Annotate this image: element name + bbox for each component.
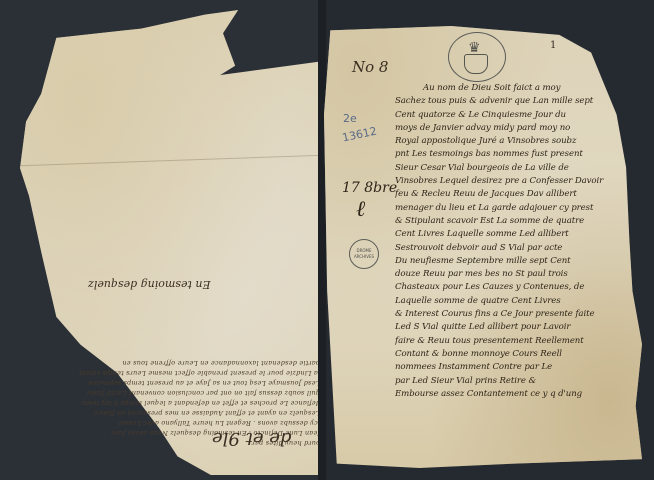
text-line: Cent Livres Laquelle somme Led allibert — [395, 228, 640, 241]
text-line: Cent quatorze & Le Cinquiesme Jour du — [395, 109, 640, 122]
coat-of-arms-icon — [464, 54, 488, 74]
notary-flourish-icon: ℓ — [356, 196, 365, 222]
book-binding-gutter — [318, 0, 326, 480]
text-line: & Interest Courus fins a Ce Jour present… — [395, 308, 640, 321]
left-text-line: partie desdenant laxonnadance en Leure o… — [45, 358, 320, 368]
archives-stamp: DROME ARCHIVES — [349, 239, 379, 269]
left-page-bottom-mark: de et 9le — [212, 428, 291, 449]
pencil-annotation: 2e — [343, 112, 357, 125]
text-line: Vinsobres Lequel desirez pre a Confesser… — [395, 175, 640, 188]
text-line: feu & Recleu Reuu de Jacques Dav alliber… — [395, 188, 640, 201]
text-line: nommees Instamment Contre par Le — [395, 361, 640, 374]
text-line: moys de Janvier advay midy pard moy no — [395, 122, 640, 135]
text-line: par Led Sieur Vial prins Retire & — [395, 375, 640, 388]
left-page-upside-down-text: ourd heuy dites par Jean Lune Defincto .… — [45, 268, 320, 448]
text-line: Embourse assez Contantement ce y q d'ung — [395, 388, 640, 401]
text-line: Du neufiesme Septembre mille sept Cent — [395, 255, 640, 268]
page-number: 1 — [550, 40, 556, 51]
text-line: Laquelle somme de quatre Cent Livres — [395, 295, 640, 308]
text-line: Chasteaux pour Les Cauzes y Contenues, d… — [395, 281, 640, 294]
text-line: Au nom de Dieu Soit faict a moy — [395, 82, 640, 95]
left-text-line: Lesd Jousmaye Lesq tout en sa Jaye et au… — [45, 378, 320, 388]
text-line: Sachez tous puis & advenir que Lan mille… — [395, 95, 640, 108]
text-line: Led S Vial quitte Led allibert pour Lavo… — [395, 321, 640, 334]
text-line: douze Reuu par mes bes no St paul trois — [395, 268, 640, 281]
left-text-line: defiance Le proches et effet en defendan… — [45, 398, 320, 408]
manuscript-body-text: Au nom de Dieu Soit faict a moy Sachez t… — [395, 82, 640, 401]
text-line: pnt Les tesmoings bas nommes fust presen… — [395, 148, 640, 161]
margin-date-note: 17 8bre — [342, 180, 397, 196]
text-line: Sieur Cesar Vial bourgeois de La ville d… — [395, 162, 640, 175]
text-line: & Stipulant scavoir Est La somme de quat… — [395, 215, 640, 228]
text-line: faire & Reuu tous presentement Reellemen… — [395, 335, 640, 348]
left-text-line: la Lindzie pour le present prenable offe… — [45, 368, 320, 378]
text-line: Royal appostolique Juré a Vinsobres soub… — [395, 135, 640, 148]
text-line: Contant & bonne monnoye Cours Reell — [395, 348, 640, 361]
document-number: No 8 — [352, 58, 388, 76]
archive-stamp-line2: ARCHIVES — [354, 254, 374, 260]
left-text-line: icy dessubz avons . Regent Lu heure Tall… — [45, 418, 320, 428]
text-line: menager du lieu et La garde adajouer cy … — [395, 202, 640, 215]
left-text-line: quil soubz dessus fait on ont par conclu… — [45, 388, 320, 398]
text-line: Sestrouvoit debvoir aud S Vial par acte — [395, 242, 640, 255]
left-text-line: Lesquelz en ayant et effant Audaisse en … — [45, 408, 320, 418]
